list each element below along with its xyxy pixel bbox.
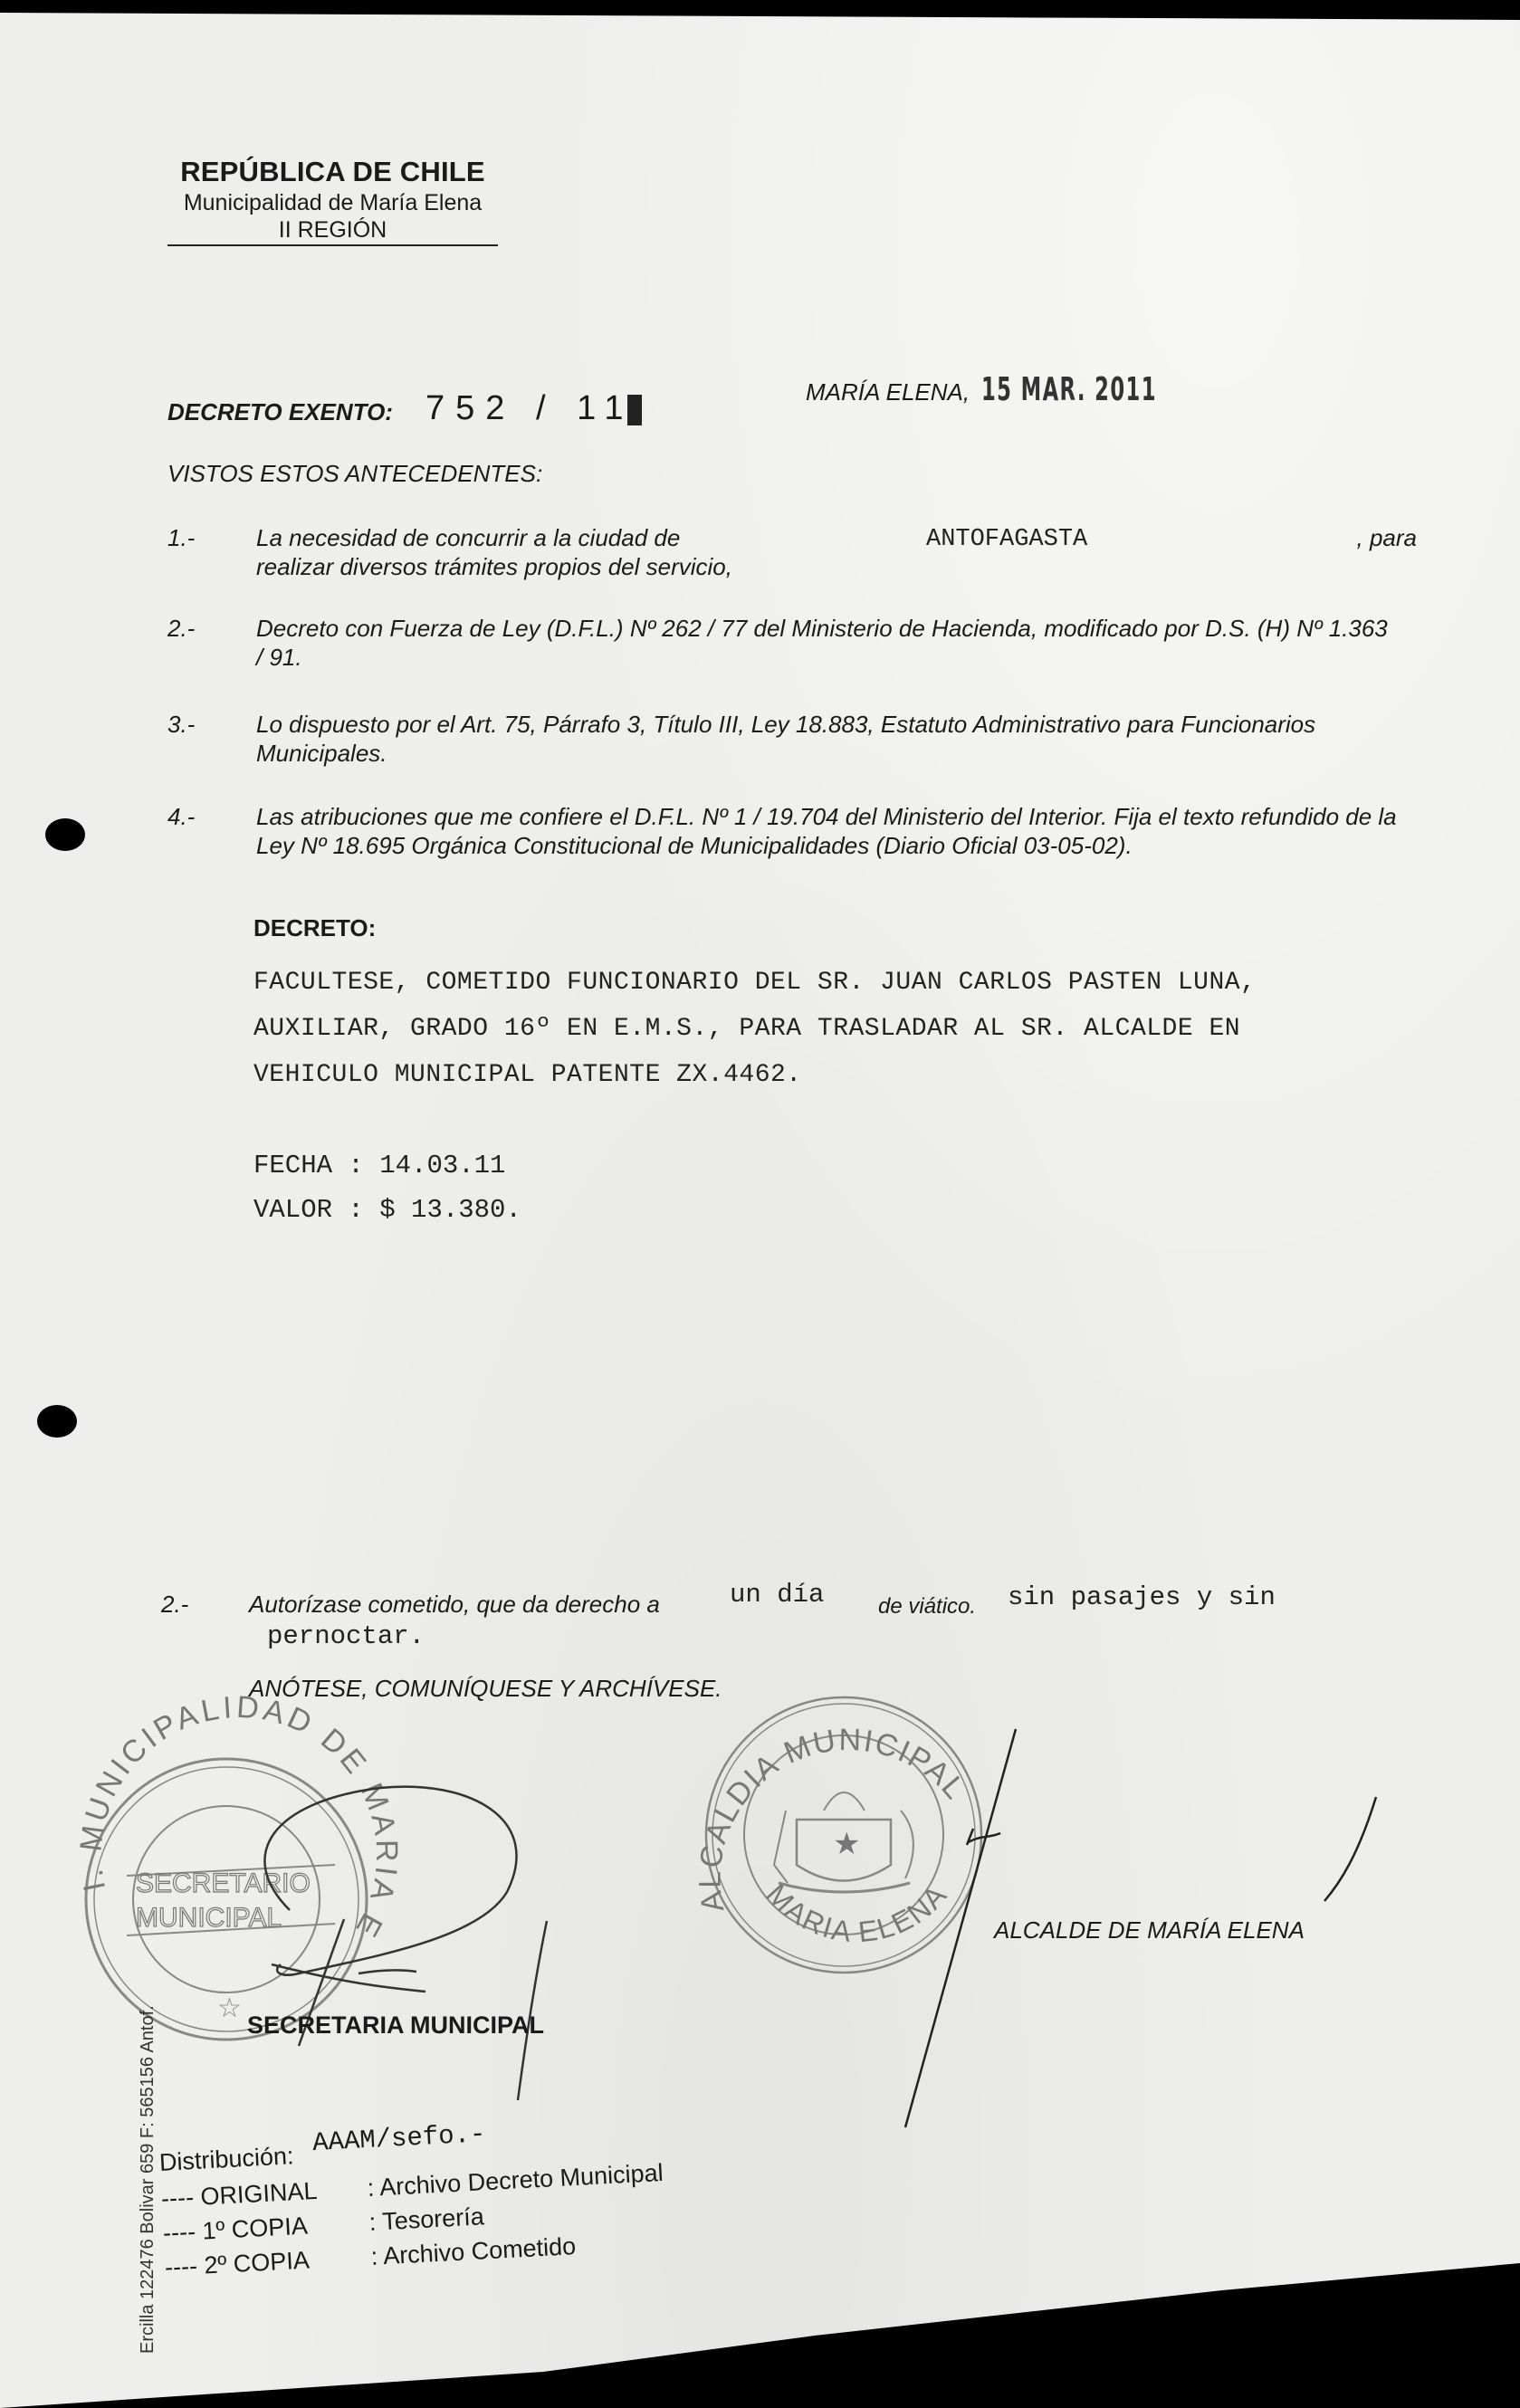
item-text: Lo dispuesto por el Art. 75, Párrafo 3, … xyxy=(256,710,1376,768)
fecha-row: FECHA : 14.03.11 xyxy=(253,1143,521,1188)
place-date: MARÍA ELENA, 15 MAR. 2011 xyxy=(806,371,1232,408)
scanned-document-page: REPÚBLICA DE CHILE Municipalidad de Marí… xyxy=(0,0,1520,2408)
decreto-line: AUXILIAR, GRADO 16º EN E.M.S., PARA TRAS… xyxy=(253,1006,1430,1052)
punch-hole xyxy=(45,818,85,851)
printer-imprint: Ercilla 122476 Bolivar 659 F: 565156 Ant… xyxy=(138,2005,158,2354)
punch-hole xyxy=(37,1405,77,1438)
item-text: La necesidad de concurrir a la ciudad de xyxy=(256,524,680,551)
decree-label: DECRETO EXENTO: xyxy=(167,398,393,426)
vistos-item-1: 1.- La necesidad de concurrir a la ciuda… xyxy=(167,523,1417,587)
vistos-item-3: 3.- Lo dispuesto por el Art. 75, Párrafo… xyxy=(167,710,1417,773)
distribution-label: Distribución: xyxy=(158,2142,294,2176)
decreto-line: FACULTESE, COMETIDO FUNCIONARIO DEL SR. … xyxy=(253,960,1430,1006)
viatico-days: un día xyxy=(730,1580,824,1610)
letterhead-country: REPÚBLICA DE CHILE xyxy=(167,156,498,188)
secretary-title: SECRETARIA MUNICIPAL xyxy=(247,2011,544,2040)
fecha-label: FECHA xyxy=(253,1151,332,1180)
decreto-facts: FECHA : 14.03.11 VALOR : $ 13.380. xyxy=(253,1143,521,1232)
decreto-body: FACULTESE, COMETIDO FUNCIONARIO DEL SR. … xyxy=(253,960,1430,1098)
item-typed-line2: pernoctar. xyxy=(267,1621,425,1651)
item-text: Autorízase cometido, que da derecho a xyxy=(249,1591,660,1619)
closing-formula: ANÓTESE, COMUNÍQUESE Y ARCHÍVESE. xyxy=(249,1675,722,1703)
valor-value: $ 13.380. xyxy=(379,1195,521,1225)
item-text: Las atribuciones que me confiere el D.F.… xyxy=(256,802,1399,860)
decree-number-value: 752 / 11 xyxy=(425,389,635,427)
letterhead-region: II REGIÓN xyxy=(167,217,498,244)
item-number: 2.- xyxy=(161,1591,188,1619)
item-number: 3.- xyxy=(167,710,195,739)
letterhead-municipality: Municipalidad de María Elena xyxy=(167,190,498,216)
vistos-item-2: 2.- Decreto con Fuerza de Ley (D.F.L.) N… xyxy=(167,614,1417,677)
letterhead: REPÚBLICA DE CHILE Municipalidad de Marí… xyxy=(167,156,498,244)
item-number: 1.- xyxy=(167,523,195,552)
decreto-heading: DECRETO: xyxy=(253,914,376,942)
valor-label: VALOR xyxy=(253,1195,332,1225)
item-text-line2: realizar diversos trámites propios del s… xyxy=(256,552,1417,581)
scan-shading xyxy=(0,0,1520,2408)
distribution-block: Distribución: AAAM/sefo.- ---- ORIGINAL … xyxy=(158,2119,667,2285)
valor-row: VALOR : $ 13.380. xyxy=(253,1188,521,1232)
vistos-heading: VISTOS ESTOS ANTECEDENTES: xyxy=(167,460,542,488)
date-stamp: 15 MAR. 2011 xyxy=(981,371,1157,408)
stamp-mark xyxy=(627,395,642,425)
vistos-item-4: 4.- Las atribuciones que me confiere el … xyxy=(167,802,1417,865)
item-text: Decreto con Fuerza de Ley (D.F.L.) Nº 26… xyxy=(256,614,1390,672)
item-number: 2.- xyxy=(167,614,195,643)
item-number: 4.- xyxy=(167,802,195,831)
letterhead-divider xyxy=(167,244,498,246)
destination-city: ANTOFAGASTA xyxy=(926,525,1087,554)
place-name: MARÍA ELENA, xyxy=(806,378,970,406)
mayor-title: ALCALDE DE MARÍA ELENA xyxy=(994,1916,1305,1945)
item-text-suffix: , para xyxy=(1357,523,1418,552)
item-text-mid: de viático. xyxy=(878,1594,976,1620)
decreto-line: VEHICULO MUNICIPAL PATENTE ZX.4462. xyxy=(253,1052,1430,1098)
decree-number: 752 / 11 xyxy=(425,389,642,428)
item-typed-after: sin pasajes y sin xyxy=(1008,1582,1276,1612)
fecha-value: 14.03.11 xyxy=(379,1151,505,1180)
